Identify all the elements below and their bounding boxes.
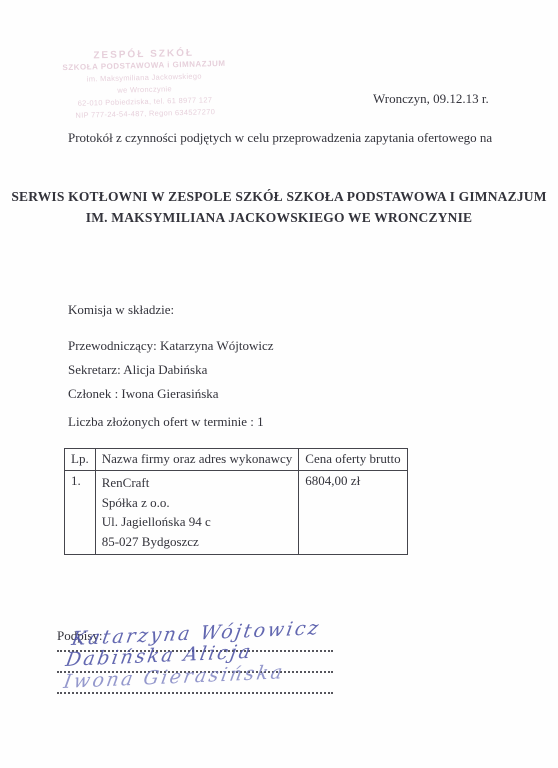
cell-company: RenCraft Spółka z o.o. Ul. Jagiellońska … — [95, 471, 299, 555]
signature-dotted-line — [57, 692, 333, 694]
column-header-company: Nazwa firmy oraz adres wykonawcy — [95, 449, 299, 471]
scanned-protocol-document: ZESPÓŁ SZKÓŁ SZKOŁA PODSTAWOWA i GIMNAZJ… — [0, 0, 558, 768]
committee-member-chair: Przewodniczący: Katarzyna Wójtowicz — [68, 334, 274, 358]
intro-paragraph: Protokół z czynności podjętych w celu pr… — [68, 130, 498, 146]
committee-member-member: Członek : Iwona Gierasińska — [68, 382, 274, 406]
school-stamp: ZESPÓŁ SZKÓŁ SZKOŁA PODSTAWOWA i GIMNAZJ… — [41, 47, 248, 121]
column-header-price: Cena oferty brutto — [299, 449, 407, 471]
document-title: SERWIS KOTŁOWNI W ZESPOLE SZKÓŁ SZKOŁA P… — [0, 186, 558, 228]
title-line-1: SERWIS KOTŁOWNI W ZESPOLE SZKÓŁ SZKOŁA P… — [0, 186, 558, 207]
company-city: 85-027 Bydgoszcz — [102, 532, 293, 552]
place-date: Wronczyn, 09.12.13 r. — [373, 91, 489, 107]
table-row: 1. RenCraft Spółka z o.o. Ul. Jagiellońs… — [65, 471, 408, 555]
company-street: Ul. Jagiellońska 94 c — [102, 512, 293, 532]
title-line-2: IM. MAKSYMILIANA JACKOWSKIEGO WE WRONCZY… — [0, 207, 558, 228]
committee-list: Przewodniczący: Katarzyna Wójtowicz Sekr… — [68, 334, 274, 406]
offers-count-line: Liczba złożonych ofert w terminie : 1 — [68, 414, 264, 430]
company-name: RenCraft — [102, 473, 293, 493]
committee-member-secretary: Sekretarz: Alicja Dabińska — [68, 358, 274, 382]
cell-price: 6804,00 zł — [299, 471, 407, 555]
committee-heading: Komisja w składzie: — [68, 302, 174, 318]
cell-lp: 1. — [65, 471, 96, 555]
column-header-lp: Lp. — [65, 449, 96, 471]
offers-table: Lp. Nazwa firmy oraz adres wykonawcy Cen… — [64, 448, 408, 555]
company-legal-form: Spółka z o.o. — [102, 493, 293, 513]
table-header-row: Lp. Nazwa firmy oraz adres wykonawcy Cen… — [65, 449, 408, 471]
